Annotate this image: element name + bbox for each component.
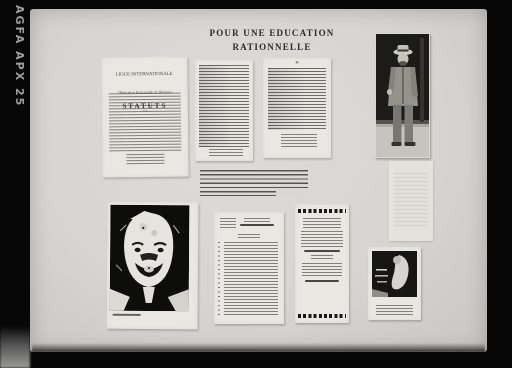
letterhead-subject-line [238, 234, 260, 238]
leaflet-subhead-lines [311, 255, 333, 261]
board-title-line1: POUR UNE EDUCATION [202, 27, 342, 41]
faint-letter-text [394, 173, 428, 229]
typed-page-2-text [268, 68, 326, 130]
woodcut-caption-line [113, 314, 141, 316]
document-statuts-page: LIGUE INTERNATIONALE l'Education Rationn… [101, 57, 188, 178]
woodcut-portrait-card [107, 202, 199, 330]
portrait-photograph [375, 33, 430, 158]
portrait-photo-image [376, 34, 429, 157]
leaflet-footer-bar [305, 280, 339, 282]
typed-page-2-mark: * [263, 61, 331, 67]
film-frame: AGFA APX 25 POUR UNE EDUCATION RATIONNEL… [0, 0, 512, 368]
document-typed-page-2: * [263, 58, 331, 158]
letterhead-margin-marks [218, 242, 220, 316]
leaflet-ornament-row-top [298, 209, 346, 213]
display-board: POUR UNE EDUCATION RATIONNELLE LIGUE INT… [30, 9, 487, 352]
statuts-text-block [109, 93, 182, 152]
woodcut-portrait-image [110, 205, 190, 312]
meeting-leaflet [295, 204, 349, 323]
letterhead-document [214, 212, 284, 324]
statuts-header-line1: LIGUE INTERNATIONALE [101, 63, 187, 82]
small-photo-card [368, 247, 421, 320]
faint-letter-sheet [389, 161, 433, 241]
letterhead-title-bar [240, 224, 274, 226]
small-photo-caption [376, 305, 413, 315]
small-photo-image [372, 251, 417, 297]
document-typed-page-1 [195, 60, 253, 161]
letterhead-address-lines [220, 218, 236, 228]
typed-page-2-closing-lines [281, 134, 317, 148]
leaflet-text-lines-2 [302, 263, 342, 277]
letterhead-body-text [224, 242, 278, 316]
typed-page-1-text [199, 65, 249, 147]
leaflet-ornament-row-bottom [298, 314, 346, 318]
leaflet-text-lines-1 [301, 231, 343, 248]
statuts-footer-lines [126, 154, 164, 166]
film-edge-marking: AGFA APX 25 [13, 5, 26, 107]
letterhead-top-line [244, 218, 270, 222]
leaflet-date-bar [304, 250, 340, 252]
board-title: POUR UNE EDUCATION RATIONNELLE [202, 27, 342, 54]
board-bottom-shadow [32, 343, 485, 352]
typed-page-1-footer [209, 149, 243, 156]
board-title-line2: RATIONNELLE [202, 41, 342, 55]
film-edge-light-patch [0, 326, 30, 368]
exhibit-caption-paragraph [200, 170, 308, 196]
leaflet-title-lines [303, 218, 341, 228]
